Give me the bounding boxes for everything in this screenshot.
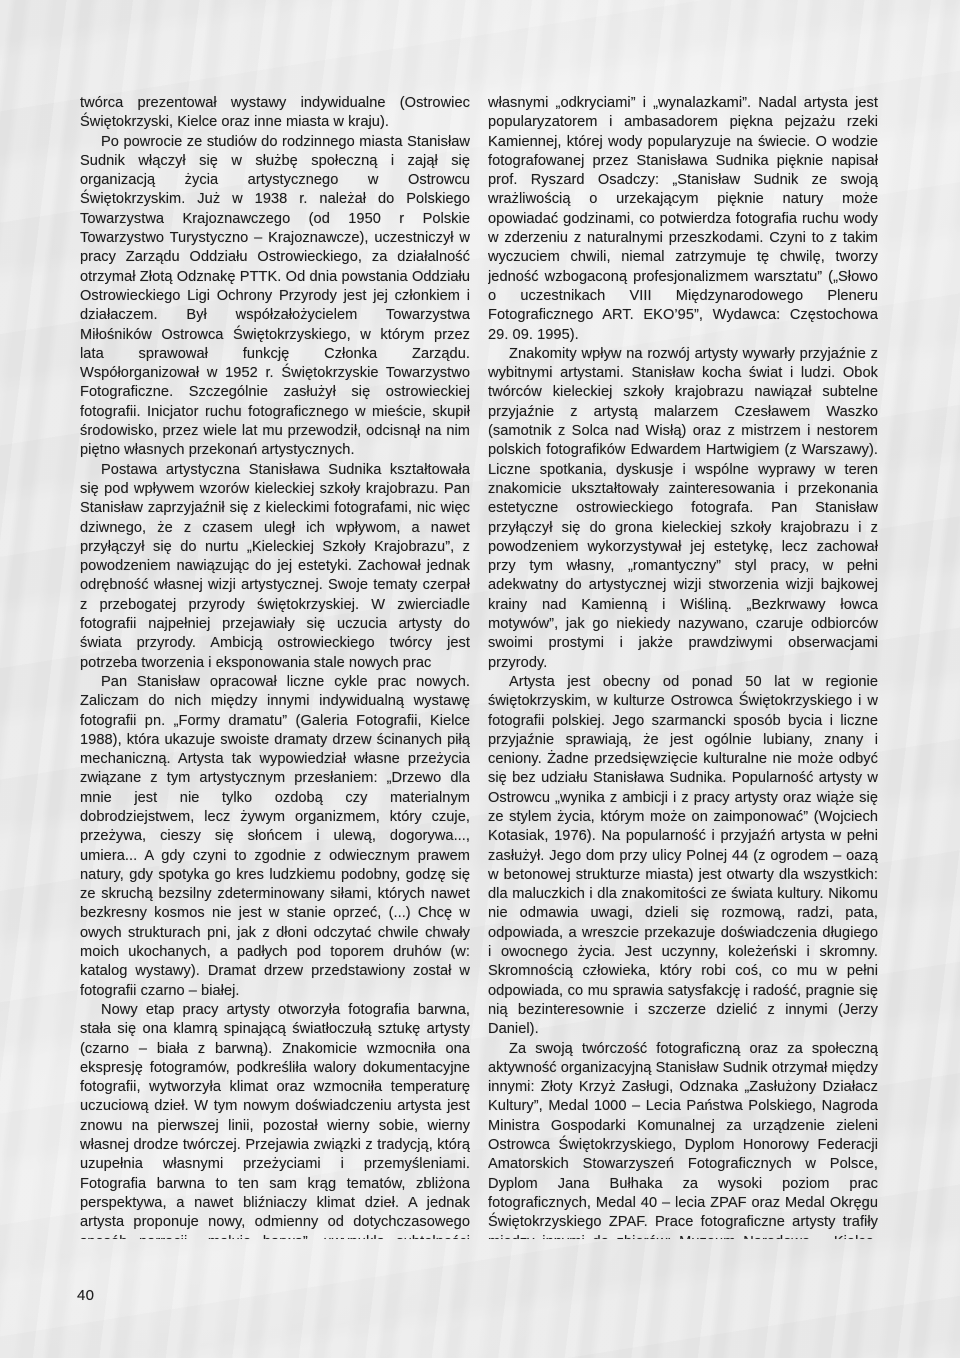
paragraph: Postawa artystyczna Stanisława Sudnika k…	[80, 461, 470, 673]
paragraph: twórca prezentował wystawy indywidualne …	[80, 94, 470, 133]
scanned-book-page: twórca prezentował wystawy indywidualne …	[0, 0, 960, 1358]
paragraph: Znakomity wpływ na rozwój artysty wywarł…	[488, 345, 878, 673]
paragraph: własnymi „odkryciami” i „wynalazkami”. N…	[488, 94, 878, 345]
paragraph: Za swoją twórczość fotograficzną oraz za…	[488, 1040, 878, 1239]
left-column: twórca prezentował wystawy indywidualne …	[80, 94, 470, 1239]
page-content: twórca prezentował wystawy indywidualne …	[80, 94, 878, 1239]
right-column: własnymi „odkryciami” i „wynalazkami”. N…	[488, 94, 878, 1239]
paragraph: Pan Stanisław opracował liczne cykle pra…	[80, 673, 470, 1001]
paragraph: Nowy etap pracy artysty otworzyła fotogr…	[80, 1001, 470, 1239]
paragraph: Artysta jest obecny od ponad 50 lat w re…	[488, 673, 878, 1040]
page-number: 40	[77, 1286, 94, 1305]
paragraph: Po powrocie ze studiów do rodzinnego mia…	[80, 133, 470, 461]
